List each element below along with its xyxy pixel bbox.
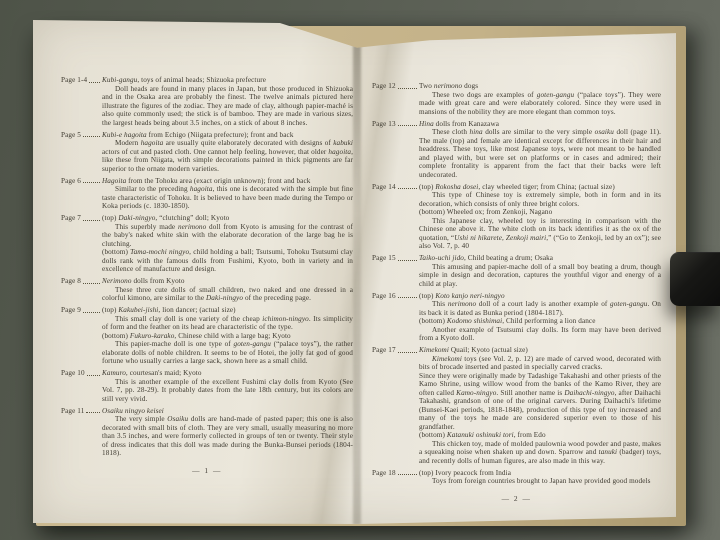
page-ref-label: Page 10 — [61, 369, 85, 378]
dotted-leader — [398, 292, 417, 299]
page-ref: Page 5 — [61, 131, 102, 174]
page-ref-label: Page 12 — [372, 82, 396, 91]
dotted-leader — [89, 76, 100, 83]
page-ref-label: Page 11 — [61, 407, 84, 416]
entry-body: Hina dolls from KanazawaThese cloth hina… — [419, 120, 661, 180]
page-ref-label: Page 5 — [61, 131, 81, 140]
dotted-leader — [83, 306, 100, 313]
entry-paragraph: (bottom) Wheeled ox; from Zenkoji, Nagan… — [419, 208, 661, 217]
entry-title: Kubi-gangu, toys of animal heads; Shizuo… — [102, 76, 353, 85]
page-ref: Page 16 — [372, 292, 419, 343]
right-page-column: Page 12Two nerimono dogsThese two dogs a… — [372, 82, 661, 503]
page-ref-label: Page 13 — [372, 120, 396, 129]
toc-entry: Page 8Nerimono dolls from KyotoThese thr… — [61, 277, 353, 303]
page-ref: Page 7 — [61, 214, 102, 274]
dotted-leader — [86, 407, 100, 414]
open-booklet: Page 1-4Kubi-gangu, toys of animal heads… — [33, 19, 676, 524]
dotted-leader — [83, 131, 100, 138]
entry-paragraph: (bottom) Tama-mochi ningyo, child holdin… — [102, 248, 353, 274]
entry-paragraph: This superbly made nerimono doll from Ky… — [102, 223, 353, 249]
entry-title: (top) Daki-ningyo, “clutching” doll; Kyo… — [102, 214, 353, 223]
dotted-leader — [87, 369, 100, 376]
entry-paragraph: (bottom) Fukuro-karako, Chinese child wi… — [102, 332, 353, 341]
page-ref: Page 10 — [61, 369, 102, 403]
entry-paragraph: (bottom) Kodomo shishimai, Child perform… — [419, 317, 661, 326]
entry-body: Kimekomi Quail; Kyoto (actual size)Kimek… — [419, 346, 661, 465]
gutter-shadow — [353, 45, 361, 525]
entry-title: (top) Ivory peacock from India — [419, 469, 661, 478]
page-ref: Page 13 — [372, 120, 419, 180]
entry-paragraph: Modern hagoita are usually quite elabora… — [102, 139, 353, 173]
page-ref: Page 8 — [61, 277, 102, 303]
page-ref-label: Page 8 — [61, 277, 81, 286]
dotted-leader — [398, 183, 417, 190]
page-ref: Page 12 — [372, 82, 419, 116]
binder-clip — [670, 252, 720, 306]
entry-paragraph: This is another example of the excellent… — [102, 378, 353, 404]
dotted-leader — [83, 177, 100, 184]
page-ref-label: Page 9 — [61, 306, 81, 315]
entry-title: Kamuro, courtesan's maid; Kyoto — [102, 369, 353, 378]
entry-paragraph: This type of Chinese toy is extremely si… — [419, 191, 661, 208]
page-ref: Page 6 — [61, 177, 102, 211]
dotted-leader — [83, 214, 100, 221]
entry-body: Nerimono dolls from KyotoThese three cut… — [102, 277, 353, 303]
entry-paragraph: This Japanese clay, wheeled toy is inter… — [419, 217, 661, 251]
entry-body: Hagoita from the Tohoku area (exact orig… — [102, 177, 353, 211]
entry-title: (top) Rokosha dosei, clay wheeled tiger;… — [419, 183, 661, 192]
entry-title: Nerimono dolls from Kyoto — [102, 277, 353, 286]
entry-paragraph: This amusing and papier-mache doll of a … — [419, 263, 661, 289]
toc-entry: Page 17Kimekomi Quail; Kyoto (actual siz… — [372, 346, 661, 465]
dotted-leader — [398, 82, 417, 89]
entry-paragraph: (bottom) Katanuki oshinuki tori, from Ed… — [419, 431, 661, 440]
entry-paragraph: These cloth hina dolls are similar to th… — [419, 128, 661, 179]
entry-paragraph: Toys from foreign countries brought to J… — [419, 477, 661, 486]
page-ref-label: Page 17 — [372, 346, 396, 355]
toc-entry: Page 14(top) Rokosha dosei, clay wheeled… — [372, 183, 661, 251]
page-ref: Page 15 — [372, 254, 419, 288]
entry-title: Hina dolls from Kanazawa — [419, 120, 661, 129]
entry-title: (top) Koto kanjo neri-ningyo — [419, 292, 661, 301]
page-ref: Page 18 — [372, 469, 419, 486]
entry-body: (top) Rokosha dosei, clay wheeled tiger;… — [419, 183, 661, 251]
toc-entry: Page 7(top) Daki-ningyo, “clutching” dol… — [61, 214, 353, 274]
entry-paragraph: Since they were originally made by Tadas… — [419, 372, 661, 432]
page-ref: Page 11 — [61, 407, 102, 458]
entry-body: (top) Ivory peacock from IndiaToys from … — [419, 469, 661, 486]
entry-body: (top) Kakubei-jishi, lion dancer; (actua… — [102, 306, 353, 366]
dotted-leader — [398, 254, 417, 261]
entry-body: Kamuro, courtesan's maid; KyotoThis is a… — [102, 369, 353, 403]
page-ref-label: Page 7 — [61, 214, 81, 223]
page-ref: Page 17 — [372, 346, 419, 465]
page-ref: Page 9 — [61, 306, 102, 366]
entry-paragraph: This papier-mache doll is one type of go… — [102, 340, 353, 366]
entry-title: Osaiku ningyo keisei — [102, 407, 353, 416]
toc-entry: Page 18(top) Ivory peacock from IndiaToy… — [372, 469, 661, 486]
toc-entry: Page 15Taiko-uchi jido, Child beating a … — [372, 254, 661, 288]
page-ref: Page 1-4 — [61, 76, 102, 127]
toc-entry: Page 11Osaiku ningyo keiseiThe very simp… — [61, 407, 353, 458]
dotted-leader — [398, 120, 417, 127]
page-number-right: — 2 — — [372, 495, 661, 504]
entry-body: (top) Koto kanjo neri-ningyoThis nerimon… — [419, 292, 661, 343]
dotted-leader — [398, 469, 417, 476]
toc-entry: Page 16(top) Koto kanjo neri-ningyoThis … — [372, 292, 661, 343]
entry-title: Taiko-uchi jido, Child beating a drum; O… — [419, 254, 661, 263]
page-ref-label: Page 16 — [372, 292, 396, 301]
page-ref: Page 14 — [372, 183, 419, 251]
page-ref-label: Page 1-4 — [61, 76, 87, 85]
entry-title: (top) Kakubei-jishi, lion dancer; (actua… — [102, 306, 353, 315]
left-page-column: Page 1-4Kubi-gangu, toys of animal heads… — [61, 76, 353, 475]
entry-paragraph: These two dogs are examples of goten-gan… — [419, 91, 661, 117]
page-number-left: — 1 — — [61, 467, 353, 476]
page-ref-label: Page 18 — [372, 469, 396, 478]
entry-paragraph: Another example of Tsutsumi clay dolls. … — [419, 326, 661, 343]
toc-entry: Page 10Kamuro, courtesan's maid; KyotoTh… — [61, 369, 353, 403]
entry-body: Osaiku ningyo keiseiThe very simple Osai… — [102, 407, 353, 458]
toc-entry: Page 6Hagoita from the Tohoku area (exac… — [61, 177, 353, 211]
entry-body: Kubi-e hagoita from Echigo (Niigata pref… — [102, 131, 353, 174]
entry-body: (top) Daki-ningyo, “clutching” doll; Kyo… — [102, 214, 353, 274]
toc-entry: Page 5Kubi-e hagoita from Echigo (Niigat… — [61, 131, 353, 174]
entry-paragraph: This small clay doll is one variety of t… — [102, 315, 353, 332]
page-ref-label: Page 14 — [372, 183, 396, 192]
page-ref-label: Page 15 — [372, 254, 396, 263]
entry-title: Kimekomi Quail; Kyoto (actual size) — [419, 346, 661, 355]
entry-body: Kubi-gangu, toys of animal heads; Shizuo… — [102, 76, 353, 127]
entry-paragraph: Kimekomi toys (see Vol. 2, p. 12) are ma… — [419, 355, 661, 372]
dotted-leader — [83, 277, 100, 284]
entry-paragraph: The very simple Osaiku dolls are hand-ma… — [102, 415, 353, 458]
entry-title: Two nerimono dogs — [419, 82, 661, 91]
entry-paragraph: Doll heads are found in many places in J… — [102, 85, 353, 128]
entry-paragraph: This chicken toy, made of molded paulown… — [419, 440, 661, 466]
toc-entry: Page 13Hina dolls from KanazawaThese clo… — [372, 120, 661, 180]
entry-paragraph: These three cute dolls of small children… — [102, 286, 353, 303]
entry-paragraph: Similar to the preceding hagoita, this o… — [102, 185, 353, 211]
page-ref-label: Page 6 — [61, 177, 81, 186]
entry-title: Hagoita from the Tohoku area (exact orig… — [102, 177, 353, 186]
entry-title: Kubi-e hagoita from Echigo (Niigata pref… — [102, 131, 353, 140]
entry-paragraph: This nerimono doll of a court lady is an… — [419, 300, 661, 317]
entry-body: Two nerimono dogsThese two dogs are exam… — [419, 82, 661, 116]
toc-entry: Page 9(top) Kakubei-jishi, lion dancer; … — [61, 306, 353, 366]
dotted-leader — [398, 346, 417, 353]
toc-entry: Page 1-4Kubi-gangu, toys of animal heads… — [61, 76, 353, 127]
toc-entry: Page 12Two nerimono dogsThese two dogs a… — [372, 82, 661, 116]
entry-body: Taiko-uchi jido, Child beating a drum; O… — [419, 254, 661, 288]
